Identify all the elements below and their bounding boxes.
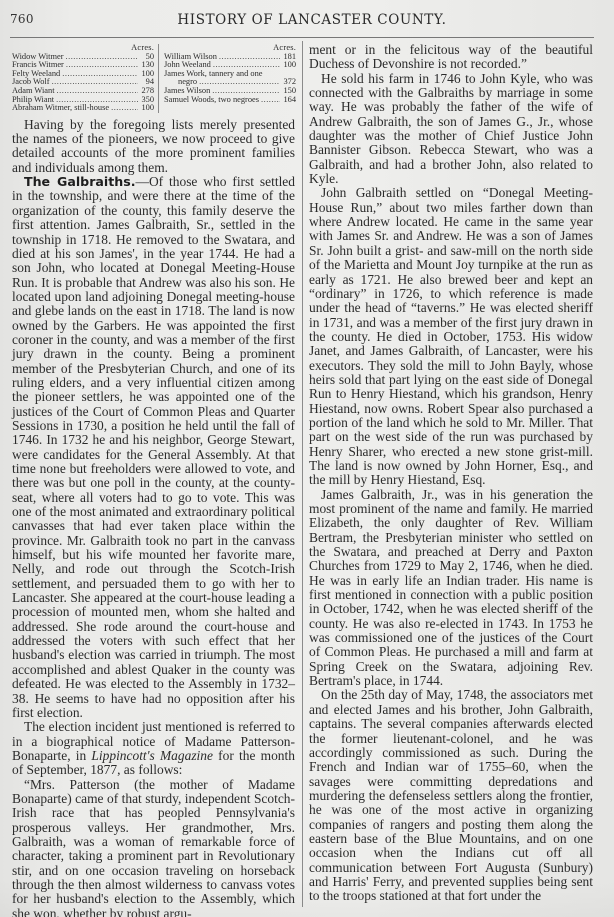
left-column: Acres. Widow Witmer50 Francis Witmer130 … xyxy=(12,43,295,917)
acreage-table-right: Acres. William Wilson181 John Weeland100… xyxy=(158,44,296,113)
acreage-table: Acres. Widow Witmer50 Francis Witmer130 … xyxy=(12,44,295,113)
magazine-title: Lippincott's Magazine xyxy=(91,748,213,763)
header-rule xyxy=(10,37,594,38)
right-column: ment or in the felicitous way of the bea… xyxy=(309,43,593,904)
table-row: Samuel Woods, two negroes164 xyxy=(164,96,296,105)
quote-continuation: ment or in the felicitous way of the bea… xyxy=(309,43,593,72)
column-divider xyxy=(302,41,303,907)
acres-value: 100 xyxy=(282,61,296,70)
paragraph-text: —Of those who first settled in the towns… xyxy=(12,174,295,720)
page-title: HISTORY OF LANCASTER COUNTY. xyxy=(10,12,604,28)
acres-value: 164 xyxy=(282,96,296,105)
body-paragraph: The Galbraiths.—Of those who first settl… xyxy=(12,175,295,720)
table-row: Abraham Witmer, still-house100 xyxy=(12,104,154,113)
body-paragraph: John Galbraith settled on “Donegal Meeti… xyxy=(309,186,593,487)
owner-name: Samuel Woods, two negroes xyxy=(164,96,259,105)
body-paragraph: On the 25th day of May, 1748, the associ… xyxy=(309,688,593,903)
body-paragraph: Having by the foregoing lists merely pre… xyxy=(12,118,295,175)
body-paragraph: The election incident just mentioned is … xyxy=(12,720,295,777)
running-head: 760 HISTORY OF LANCASTER COUNTY. xyxy=(10,12,604,30)
quote-paragraph: “Mrs. Patterson (the mother of Madame Bo… xyxy=(12,778,295,917)
owner-name: Abraham Witmer, still-house xyxy=(12,104,109,113)
acres-value: 100 xyxy=(140,104,154,113)
body-paragraph: James Galbraith, Jr., was in his generat… xyxy=(309,488,593,689)
book-page: 760 HISTORY OF LANCASTER COUNTY. Acres. … xyxy=(0,0,614,917)
section-heading: The Galbraiths. xyxy=(24,174,136,189)
acreage-table-left: Acres. Widow Witmer50 Francis Witmer130 … xyxy=(12,44,158,113)
body-paragraph: He sold his farm in 1746 to John Kyle, w… xyxy=(309,72,593,187)
